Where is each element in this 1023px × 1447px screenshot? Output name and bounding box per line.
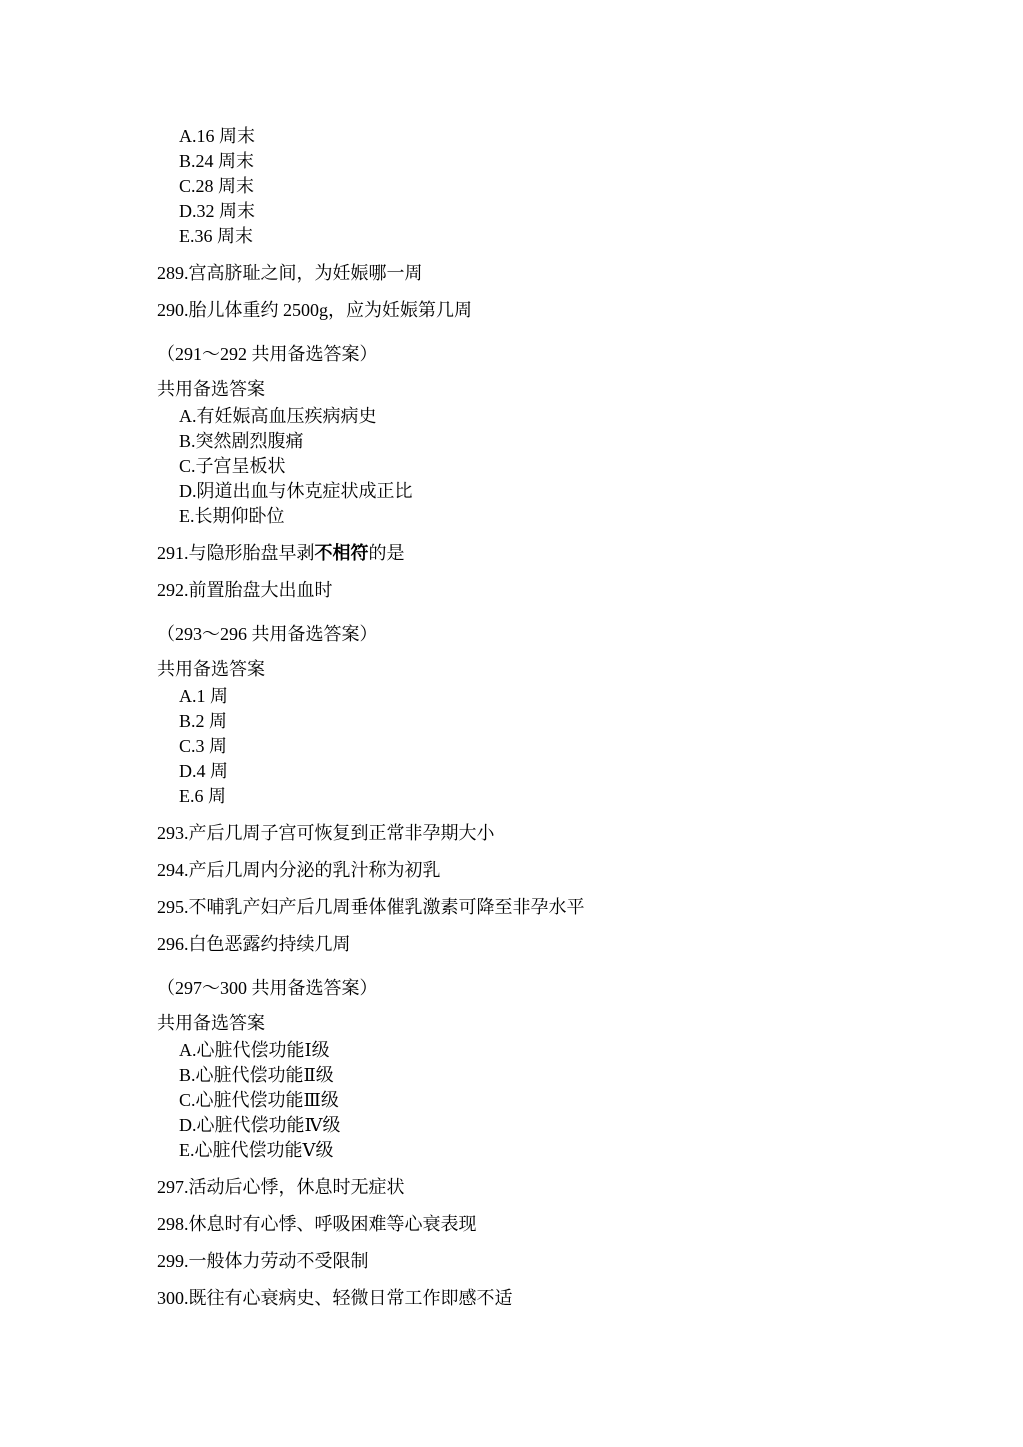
question-line: 290.胎儿体重约 2500g，应为妊娠第几周 (157, 298, 897, 323)
text: 290.胎儿体重约 2500g，应为妊娠第几周 (157, 300, 472, 320)
option-line: A.16 周末 (157, 124, 897, 149)
text: 296.白色恶露约持续几周 (157, 934, 351, 954)
question-line: 294.产后几周内分泌的乳汁称为初乳 (157, 858, 897, 883)
text: 298.休息时有心悸、呼吸困难等心衰表现 (157, 1214, 477, 1234)
question-line: 298.休息时有心悸、呼吸困难等心衰表现 (157, 1212, 897, 1237)
group-header: （293～296 共用备选答案） (157, 622, 897, 647)
text: 289.宫高脐耻之间，为妊娠哪一周 (157, 263, 423, 283)
text: 295.不哺乳产妇产后几周垂体催乳激素可降至非孕水平 (157, 897, 585, 917)
option-line: A.心脏代偿功能Ⅰ级 (157, 1038, 897, 1063)
shared-answers-label: 共用备选答案 (157, 377, 897, 402)
document-page: A.16 周末B.24 周末C.28 周末D.32 周末E.36 周末289.宫… (0, 0, 1023, 1447)
option-line: C.28 周末 (157, 174, 897, 199)
bold-text: 不相符 (315, 543, 369, 563)
document-body: A.16 周末B.24 周末C.28 周末D.32 周末E.36 周末289.宫… (157, 0, 897, 1311)
options-block: A.心脏代偿功能Ⅰ级B.心脏代偿功能Ⅱ级C.心脏代偿功能Ⅲ级D.心脏代偿功能Ⅳ级… (157, 1038, 897, 1163)
option-line: E.6 周 (157, 784, 897, 809)
question-line: 297.活动后心悸，休息时无症状 (157, 1175, 897, 1200)
question-line: 299.一般体力劳动不受限制 (157, 1249, 897, 1274)
group-header: （291～292 共用备选答案） (157, 342, 897, 367)
question-line: 293.产后几周子宫可恢复到正常非孕期大小 (157, 821, 897, 846)
question-line: 295.不哺乳产妇产后几周垂体催乳激素可降至非孕水平 (157, 895, 897, 920)
option-line: E.36 周末 (157, 224, 897, 249)
option-line: E.长期仰卧位 (157, 504, 897, 529)
option-line: B.突然剧烈腹痛 (157, 429, 897, 454)
question-line: 296.白色恶露约持续几周 (157, 932, 897, 957)
option-line: C.子宫呈板状 (157, 454, 897, 479)
option-line: C.3 周 (157, 734, 897, 759)
text: （297～300 共用备选答案） (157, 978, 378, 998)
option-line: A.有妊娠高血压疾病病史 (157, 404, 897, 429)
option-line: E.心脏代偿功能Ⅴ级 (157, 1138, 897, 1163)
question-line: 289.宫高脐耻之间，为妊娠哪一周 (157, 261, 897, 286)
text: 共用备选答案 (157, 1013, 265, 1033)
option-line: C.心脏代偿功能Ⅲ级 (157, 1088, 897, 1113)
options-block: A.有妊娠高血压疾病病史B.突然剧烈腹痛C.子宫呈板状D.阴道出血与休克症状成正… (157, 404, 897, 529)
option-line: B.2 周 (157, 709, 897, 734)
group-header: （297～300 共用备选答案） (157, 976, 897, 1001)
question-line: 292.前置胎盘大出血时 (157, 578, 897, 603)
question-line: 291.与隐形胎盘早剥不相符的是 (157, 541, 897, 566)
option-line: D.32 周末 (157, 199, 897, 224)
text: （293～296 共用备选答案） (157, 624, 378, 644)
text: 297.活动后心悸，休息时无症状 (157, 1177, 405, 1197)
option-line: A.1 周 (157, 684, 897, 709)
options-block: A.1 周B.2 周C.3 周D.4 周E.6 周 (157, 684, 897, 809)
text: 的是 (369, 543, 405, 563)
options-block: A.16 周末B.24 周末C.28 周末D.32 周末E.36 周末 (157, 124, 897, 249)
option-line: D.阴道出血与休克症状成正比 (157, 479, 897, 504)
text: 291.与隐形胎盘早剥 (157, 543, 315, 563)
text: 共用备选答案 (157, 379, 265, 399)
option-line: B.24 周末 (157, 149, 897, 174)
text: 299.一般体力劳动不受限制 (157, 1251, 369, 1271)
question-line: 300.既往有心衰病史、轻微日常工作即感不适 (157, 1286, 897, 1311)
text: 294.产后几周内分泌的乳汁称为初乳 (157, 860, 441, 880)
option-line: B.心脏代偿功能Ⅱ级 (157, 1063, 897, 1088)
option-line: D.心脏代偿功能Ⅳ级 (157, 1113, 897, 1138)
shared-answers-label: 共用备选答案 (157, 657, 897, 682)
shared-answers-label: 共用备选答案 (157, 1011, 897, 1036)
text: 293.产后几周子宫可恢复到正常非孕期大小 (157, 823, 495, 843)
text: 300.既往有心衰病史、轻微日常工作即感不适 (157, 1288, 513, 1308)
text: 共用备选答案 (157, 659, 265, 679)
text: 292.前置胎盘大出血时 (157, 580, 333, 600)
option-line: D.4 周 (157, 759, 897, 784)
text: （291～292 共用备选答案） (157, 344, 378, 364)
